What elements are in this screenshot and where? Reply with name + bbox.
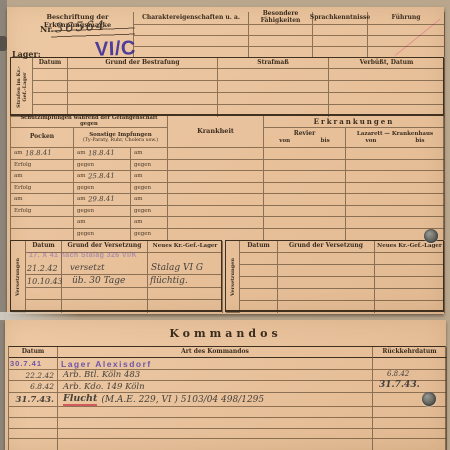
empty-cell — [240, 277, 278, 289]
von-label: von — [279, 138, 290, 144]
vaccination-cell: am — [11, 194, 74, 206]
empty-cell — [68, 81, 218, 93]
handwritten-date: 31.7.43. — [16, 395, 54, 405]
printed-label: Erfolg — [11, 185, 31, 191]
revier-header: Revier — [294, 131, 316, 138]
vaccination-cell: am — [131, 194, 168, 206]
empty-cell — [168, 217, 264, 229]
handwritten-kommando: Arb. Btl. Köln 483 — [63, 370, 140, 380]
vaccination-cell: gegen — [74, 183, 131, 195]
bis-label: bis — [415, 138, 424, 144]
printed-label: am — [11, 196, 23, 202]
empty-cell — [148, 253, 223, 262]
column-header: Datum — [9, 347, 58, 358]
vaccination-cell: gegen — [131, 206, 168, 218]
column-header: Datum — [33, 58, 68, 69]
printed-label: gegen — [131, 231, 151, 237]
column-header: Besondere Fähigkeiten — [249, 12, 313, 25]
empty-cell — [249, 47, 313, 57]
transfer-newcamp-cell: Stalag VI G — [148, 262, 223, 275]
empty-cell — [313, 36, 368, 47]
empty-cell — [58, 429, 373, 440]
printed-label: am — [131, 173, 143, 179]
kommandos-title: Kommandos — [5, 327, 446, 340]
handwritten-return-date: 6.8.42 — [387, 370, 409, 378]
printed-label: am — [74, 150, 86, 156]
transfers-side-label-cell: Versetzungen — [11, 241, 26, 313]
empty-cell — [168, 183, 264, 195]
vaccination-cell: am — [74, 217, 131, 229]
printed-label: gegen — [74, 231, 94, 237]
empty-cell — [346, 148, 445, 160]
column-header: Verbüßt, Datum — [329, 58, 445, 69]
empty-cell — [9, 429, 58, 440]
empty-cell — [168, 171, 264, 183]
empty-cell — [218, 93, 329, 105]
empty-cell — [148, 300, 223, 313]
printed-label: am — [74, 219, 86, 225]
empty-cell — [373, 418, 447, 429]
handwritten-date: 10.10.43 — [27, 277, 63, 286]
printed-label: gegen — [74, 162, 94, 168]
handwritten-date: 29.8.41 — [87, 195, 114, 204]
kommando-date-cell: 30.7.41 — [9, 358, 58, 370]
lazarett-header-cell: Lazarett — Krankenhaus vonbis — [346, 128, 445, 148]
empty-cell — [346, 217, 445, 229]
empty-cell — [373, 439, 447, 450]
stamped-date: 30.7.41 — [10, 359, 42, 368]
empty-cell — [373, 407, 447, 418]
empty-cell — [240, 265, 278, 277]
empty-cell — [313, 47, 368, 57]
empty-cell — [346, 160, 445, 172]
printed-label: am — [131, 196, 143, 202]
handwritten-date: 22.2.42 — [25, 371, 54, 380]
kommando-date-cell: 22.2.42 — [9, 370, 58, 381]
kommando-return-cell — [373, 358, 447, 370]
printed-label: Erfolg — [11, 162, 31, 168]
empty-cell — [375, 277, 445, 289]
transfer-date-cell: 21.2.42 — [26, 262, 62, 275]
empty-cell — [373, 429, 447, 440]
pocken-header: Pocken — [11, 128, 74, 148]
empty-cell — [240, 289, 278, 301]
vaccination-cell: Erfolg — [11, 183, 74, 195]
empty-cell — [168, 206, 264, 218]
vaccination-cell: am — [131, 148, 168, 160]
transfer-reason-cell: üb. 30 Tage — [62, 275, 148, 288]
empty-cell — [62, 288, 148, 300]
empty-cell — [278, 301, 375, 313]
vaccination-cell: gegen — [74, 206, 131, 218]
handwritten-return-date: 31.7.43. — [379, 380, 420, 390]
handwritten-camp: flüchtig. — [150, 276, 188, 286]
printed-label: am — [131, 150, 143, 156]
column-header: Grund der Versetzung — [278, 241, 375, 253]
punishments-table: Strafen im Kr.-Gef.-Lager Datum Grund de… — [10, 57, 444, 116]
column-header: Strafmaß — [218, 58, 329, 69]
handwritten-reason: üb. 30 Tage — [72, 276, 125, 286]
von-label: von — [366, 138, 377, 144]
vaccination-cell: am18.8.41 — [11, 148, 74, 160]
kommando-type-cell: Arb. Kdo. 149 Köln — [58, 381, 373, 393]
vaccination-cell: am29.8.41 — [74, 194, 131, 206]
revier-header-cell: Revier vonbis — [264, 128, 346, 148]
empty-cell — [58, 407, 373, 418]
empty-cell — [375, 265, 445, 277]
vaccination-cell: am — [11, 171, 74, 183]
vaccination-cell: am25.8.41 — [74, 171, 131, 183]
column-header: Grund der Bestrafung — [68, 58, 218, 69]
empty-cell — [264, 148, 346, 160]
empty-cell — [346, 206, 445, 218]
vaccination-cell: gegen — [74, 229, 131, 241]
handwritten-kommando-detail: (M.A.E. 229, VI ) 5103/04 498/1295 — [101, 395, 264, 405]
empty-cell — [168, 229, 264, 241]
empty-cell — [58, 439, 373, 450]
vaccination-cell: am — [131, 171, 168, 183]
empty-cell — [346, 171, 445, 183]
empty-cell — [264, 160, 346, 172]
kommandos-table: Datum Art des Kommandos Rückkehrdatum 30… — [8, 346, 446, 450]
transfers-table-left: Versetzungen Datum Grund der Versetzung … — [10, 240, 222, 312]
empty-cell — [9, 407, 58, 418]
empty-cell — [68, 69, 218, 81]
transfer-newcamp-cell: flüchtig. — [148, 275, 223, 288]
empty-cell — [58, 418, 373, 429]
empty-cell — [346, 194, 445, 206]
empty-cell — [375, 253, 445, 265]
empty-cell — [264, 206, 346, 218]
handwritten-date: 6.8.42 — [30, 382, 54, 391]
lower-card: Kommandos Datum Art des Kommandos Rückke… — [5, 320, 446, 450]
vaccinations-title: Schutzimpfungen während der Gefangenscha… — [11, 116, 168, 128]
illnesses-title: Erkrankungen — [264, 116, 445, 128]
printed-label: am — [74, 173, 86, 179]
vaccination-cell — [11, 217, 74, 229]
empty-cell — [240, 301, 278, 313]
transfer-stamp-entry: 17. X 41 nach Stalag 326 VI/K — [29, 252, 137, 259]
printed-label: gegen — [131, 185, 151, 191]
kommando-type-cell: Arb. Btl. Köln 483 — [58, 370, 373, 381]
printed-label: am — [74, 196, 86, 202]
kommando-type-cell: Flucht (M.A.E. 229, VI ) 5103/04 498/129… — [58, 393, 373, 407]
empty-cell — [168, 194, 264, 206]
vaccination-cell: gegen — [131, 183, 168, 195]
column-header: Charaktereigenschaften u. a. — [134, 12, 249, 25]
empty-cell — [375, 289, 445, 301]
vaccination-cell: Erfolg — [11, 206, 74, 218]
printed-label: gegen — [74, 208, 94, 214]
pow-record-card-scan: Beschriftung der Erkennungsmarke Nr. 365… — [0, 0, 450, 450]
empty-cell — [33, 93, 68, 105]
printed-label: gegen — [74, 185, 94, 191]
empty-cell — [313, 25, 368, 36]
empty-cell — [168, 148, 264, 160]
column-header: Rückkehrdatum — [373, 347, 447, 358]
empty-cell — [278, 277, 375, 289]
empty-cell — [218, 69, 329, 81]
punch-hole — [424, 229, 438, 243]
empty-cell — [278, 289, 375, 301]
vaccination-cell: am — [131, 217, 168, 229]
handwritten-date: 18.8.41 — [87, 149, 114, 158]
printed-label: gegen — [131, 162, 151, 168]
empty-cell — [264, 229, 346, 241]
punishments-side-label: Strafen im Kr.-Gef.-Lager — [15, 60, 28, 114]
stamped-kommando: Lager Alexisdorf — [61, 359, 152, 369]
vaccination-cell: gegen — [74, 160, 131, 172]
empty-cell — [134, 47, 249, 57]
empty-cell — [346, 183, 445, 195]
empty-cell — [68, 93, 218, 105]
handwritten-camp: Stalag VI G — [151, 263, 203, 273]
empty-cell — [368, 47, 445, 57]
transfers-side-label: Versetzungen — [229, 247, 235, 307]
transfer-reason-cell: versetzt — [62, 262, 148, 275]
column-header: Führung — [368, 12, 445, 25]
empty-cell — [264, 217, 346, 229]
transfer-date-cell: 10.10.43 — [26, 275, 62, 288]
handwritten-reason: versetzt — [70, 263, 105, 273]
empty-cell — [168, 160, 264, 172]
handwritten-kommando: Arb. Kdo. 149 Köln — [63, 382, 145, 392]
transfers-table-right: Versetzungen Datum Grund der Versetzung … — [225, 240, 444, 312]
empty-cell — [134, 36, 249, 47]
empty-cell — [368, 36, 445, 47]
handwritten-flucht: Flucht — [63, 393, 97, 406]
kommando-return-cell: 31.7.43. — [373, 381, 447, 393]
punch-hole — [422, 392, 436, 406]
vaccination-cell: am18.8.41 — [74, 148, 131, 160]
empty-cell — [368, 25, 445, 36]
scan-edge-mark — [0, 36, 7, 51]
upper-card: Beschriftung der Erkennungsmarke Nr. 365… — [7, 7, 444, 314]
sonstige-header-cell: Sonstige Impfungen (Ty-Paraty, Ruhr, Cho… — [74, 128, 168, 148]
kommando-type-cell: Lager Alexisdorf — [58, 358, 373, 370]
empty-cell — [375, 301, 445, 313]
kommando-date-cell: 31.7.43. — [9, 393, 58, 407]
characteristics-table: Charaktereigenschaften u. a. Besondere F… — [133, 12, 444, 57]
empty-cell — [264, 171, 346, 183]
empty-cell — [264, 183, 346, 195]
column-header: Art des Kommandos — [58, 347, 373, 358]
column-header: Neues Kr.-Gef.-Lager — [375, 241, 445, 253]
empty-cell — [134, 25, 249, 36]
printed-label: am — [131, 219, 143, 225]
column-header: Neues Kr.-Gef.-Lager — [148, 241, 223, 253]
empty-cell — [278, 253, 375, 265]
printed-label: am — [11, 173, 23, 179]
handwritten-date: 18.8.41 — [24, 149, 51, 158]
handwritten-date: 21.2.42 — [27, 264, 58, 273]
empty-cell — [329, 81, 445, 93]
empty-cell — [148, 288, 223, 300]
vaccination-cell — [11, 229, 74, 241]
empty-cell — [249, 36, 313, 47]
illness-column-header: Krankheit — [168, 116, 264, 148]
handwritten-date: 25.8.41 — [87, 172, 114, 181]
empty-cell — [278, 265, 375, 277]
empty-cell — [33, 81, 68, 93]
vaccination-cell: gegen — [131, 160, 168, 172]
empty-cell — [26, 288, 62, 300]
sonstige-subheader: (Ty-Paraty, Ruhr, Cholera usw.) — [83, 138, 158, 143]
empty-cell — [33, 69, 68, 81]
vaccination-cell: gegen — [131, 229, 168, 241]
column-header: Sprachkenntnisse — [313, 12, 368, 25]
kommando-date-cell: 6.8.42 — [9, 381, 58, 393]
column-header: Datum — [240, 241, 278, 253]
empty-cell — [264, 194, 346, 206]
empty-cell — [329, 93, 445, 105]
vaccinations-illnesses-table: Schutzimpfungen während der Gefangenscha… — [10, 116, 444, 240]
printed-label: Erfolg — [11, 208, 31, 214]
transfers-side-label-cell: Versetzungen — [226, 241, 240, 313]
vaccination-cell: Erfolg — [11, 160, 74, 172]
empty-cell — [249, 25, 313, 36]
transfers-side-label: Versetzungen — [15, 247, 21, 307]
empty-cell — [9, 439, 58, 450]
empty-cell — [329, 69, 445, 81]
bis-label: bis — [321, 138, 330, 144]
printed-label: am — [11, 150, 23, 156]
empty-cell — [240, 253, 278, 265]
printed-label: gegen — [131, 208, 151, 214]
punishments-side-label-cell: Strafen im Kr.-Gef.-Lager — [11, 58, 33, 117]
empty-cell — [218, 81, 329, 93]
empty-cell — [9, 418, 58, 429]
scan-gap-highlight — [0, 312, 80, 320]
